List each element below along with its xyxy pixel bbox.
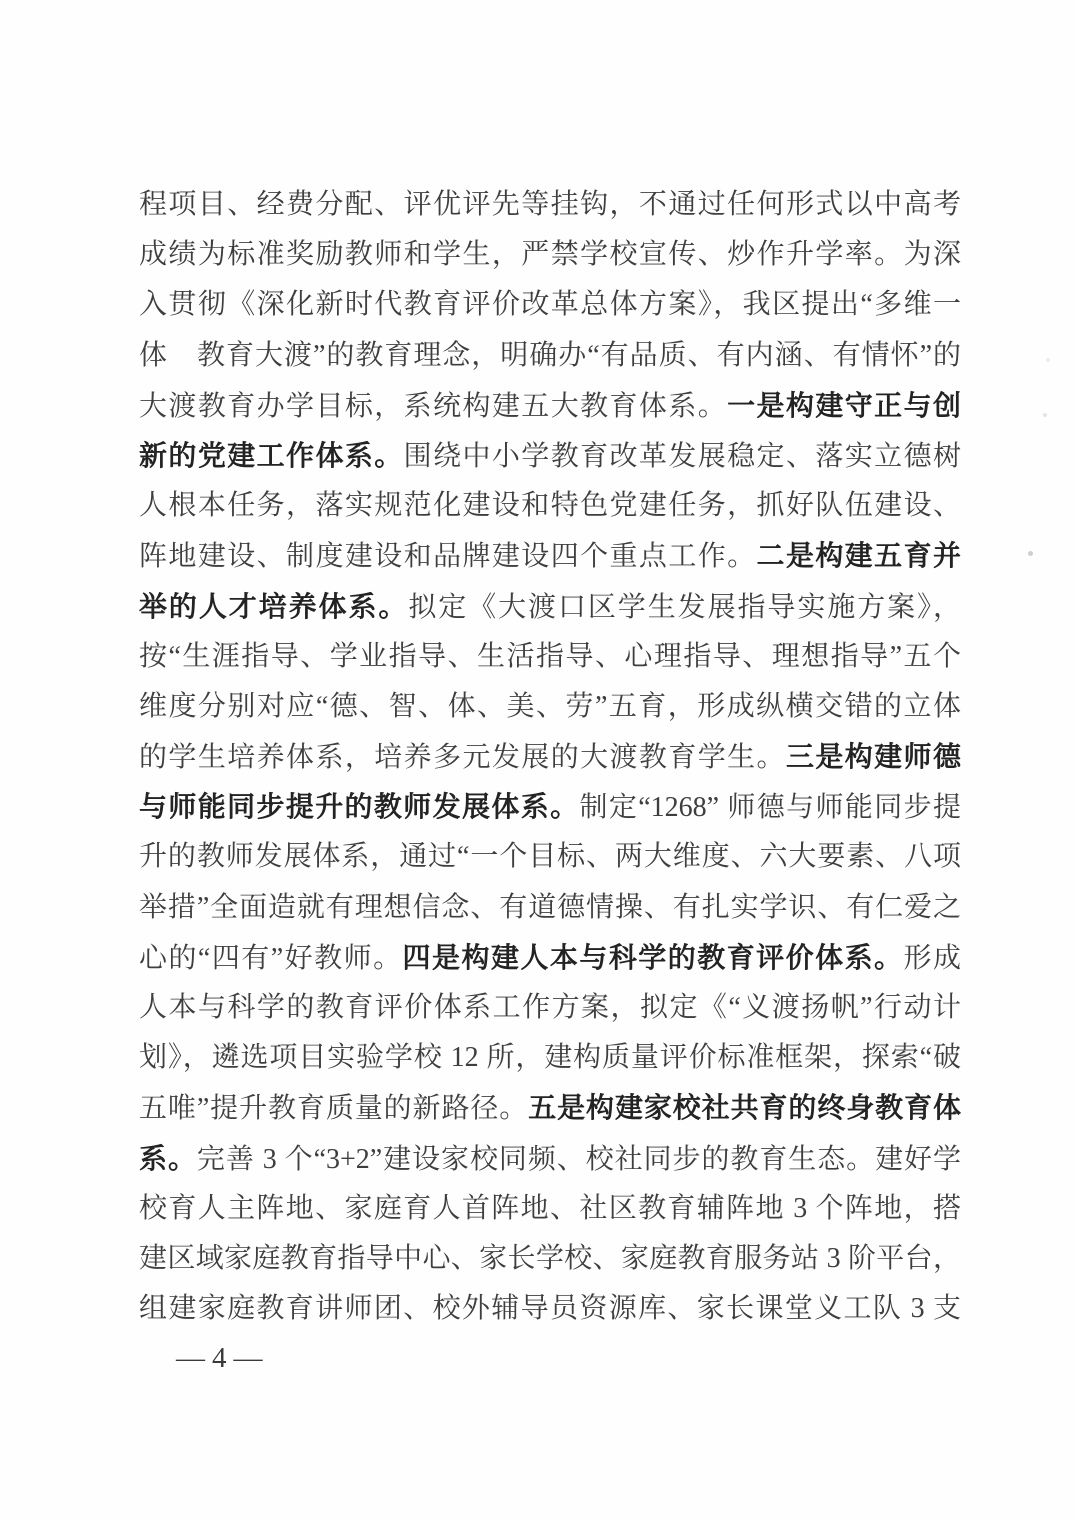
text-line: 成绩为标准奖励教师和学生，严禁学校宣传、炒作升学率。为深 — [139, 230, 961, 280]
page-number: —4— — [176, 1338, 270, 1378]
document-page: 程项目、经费分配、评优评先等挂钩，不通过任何形式以中高考成绩为标准奖励教师和学生… — [0, 0, 1075, 1520]
bold-heading-segment: 与师能同步提升的教师发展体系。 — [139, 791, 579, 822]
text-segment: 维度分别对应“德、智、体、美、劳”五育，形成纵横交错的立体 — [139, 691, 961, 722]
text-segment: 按“生涯指导、学业指导、生活指导、心理指导、理想指导”五个 — [139, 641, 961, 672]
text-segment: 建区域家庭教育指导中心、家长学校、家庭教育服务站 3 阶平台， — [139, 1243, 961, 1274]
text-segment: 拟定《大渡口区学生发展指导实施方案》， — [408, 592, 961, 623]
text-segment: 人根本任务，落实规范化建设和特色党建任务，抓好队伍建设、 — [139, 490, 961, 521]
text-segment: 大渡教育办学目标，系统构建五大教育体系。 — [139, 391, 727, 422]
text-segment: 程项目、经费分配、评优评先等挂钩，不通过任何形式以中高考 — [139, 189, 961, 220]
text-line: 升的教师发展体系，通过“一个目标、两大维度、六大要素、八项 — [139, 832, 961, 882]
text-line: 体 教育大渡”的教育理念，明确办“有品质、有内涵、有情怀”的 — [139, 331, 961, 381]
text-segment: 的学生培养体系，培养多元发展的大渡教育学生。 — [139, 742, 786, 773]
text-segment: 心的“四有”好教师。 — [139, 943, 403, 974]
text-segment: 人本与科学的教育评价体系工作方案，拟定《“义渡扬帆”行动计 — [139, 992, 961, 1023]
text-line: 举措”全面造就有理想信念、有道德情操、有扎实学识、有仁爱之 — [139, 883, 961, 933]
text-segment: 阵地建设、制度建设和品牌建设四个重点工作。 — [139, 541, 757, 572]
bold-heading-segment: 三是构建师德 — [786, 741, 961, 772]
bold-heading-segment: 五是构建家校社共育的终身教育体 — [528, 1092, 961, 1123]
text-line: 人本与科学的教育评价体系工作方案，拟定《“义渡扬帆”行动计 — [139, 983, 961, 1033]
document-body: 程项目、经费分配、评优评先等挂钩，不通过任何形式以中高考成绩为标准奖励教师和学生… — [139, 180, 961, 1334]
text-line: 入贯彻《深化新时代教育评价改革总体方案》，我区提出“多维一 — [139, 280, 961, 330]
scan-artifact — [1046, 358, 1050, 362]
text-segment: 划》，遴选项目实验学校 12 所，建构质量评价标准框架，探索“破 — [139, 1042, 961, 1073]
text-line: 组建家庭教育讲师团、校外辅导员资源库、家长课堂义工队 3 支 — [139, 1284, 961, 1334]
scan-artifact — [1043, 413, 1047, 417]
text-line: 系。完善 3 个“3+2”建设家校同频、校社同步的教育生态。建好学 — [139, 1134, 961, 1184]
text-segment: 入贯彻《深化新时代教育评价改革总体方案》，我区提出“多维一 — [139, 289, 961, 320]
text-segment: 围绕中小学教育改革发展稳定、落实立德树 — [404, 441, 961, 472]
text-segment: 制定“1268” 师德与师能同步提 — [579, 792, 961, 823]
text-segment: 成绩为标准奖励教师和学生，严禁学校宣传、炒作升学率。为深 — [139, 239, 961, 270]
text-line: 维度分别对应“德、智、体、美、劳”五育，形成纵横交错的立体 — [139, 682, 961, 732]
text-line: 划》，遴选项目实验学校 12 所，建构质量评价标准框架，探索“破 — [139, 1033, 961, 1083]
text-line: 新的党建工作体系。围绕中小学教育改革发展稳定、落实立德树 — [139, 431, 961, 481]
text-segment: 举措”全面造就有理想信念、有道德情操、有扎实学识、有仁爱之 — [139, 892, 961, 923]
text-line: 大渡教育办学目标，系统构建五大教育体系。一是构建守正与创 — [139, 381, 961, 431]
text-segment: 校育人主阵地、家庭育人首阵地、社区教育辅阵地 3 个阵地，搭 — [139, 1193, 961, 1224]
text-line: 阵地建设、制度建设和品牌建设四个重点工作。二是构建五育并 — [139, 531, 961, 581]
text-segment: 体 教育大渡”的教育理念，明确办“有品质、有内涵、有情怀”的 — [139, 340, 961, 371]
text-line: 人根本任务，落实规范化建设和特色党建任务，抓好队伍建设、 — [139, 481, 961, 531]
text-line: 与师能同步提升的教师发展体系。制定“1268” 师德与师能同步提 — [139, 782, 961, 832]
bold-heading-segment: 举的人才培养体系。 — [139, 591, 408, 622]
scan-artifact — [1028, 551, 1033, 556]
text-segment: 形成 — [904, 943, 961, 974]
bold-heading-segment: 一是构建守正与创 — [727, 390, 961, 421]
text-line: 程项目、经费分配、评优评先等挂钩，不通过任何形式以中高考 — [139, 180, 961, 230]
text-line: 心的“四有”好教师。四是构建人本与科学的教育评价体系。形成 — [139, 933, 961, 983]
text-line: 按“生涯指导、学业指导、生活指导、心理指导、理想指导”五个 — [139, 632, 961, 682]
bold-heading-segment: 系。 — [139, 1143, 197, 1174]
text-segment: 完善 3 个“3+2”建设家校同频、校社同步的教育生态。建好学 — [197, 1144, 961, 1175]
text-segment: 升的教师发展体系，通过“一个目标、两大维度、六大要素、八项 — [139, 841, 961, 872]
text-segment: 五唯”提升教育质量的新路径。 — [139, 1093, 528, 1124]
bold-heading-segment: 新的党建工作体系。 — [139, 440, 404, 471]
bold-heading-segment: 二是构建五育并 — [757, 540, 961, 571]
text-line: 五唯”提升教育质量的新路径。五是构建家校社共育的终身教育体 — [139, 1083, 961, 1133]
text-line: 举的人才培养体系。拟定《大渡口区学生发展指导实施方案》， — [139, 582, 961, 632]
text-line: 校育人主阵地、家庭育人首阵地、社区教育辅阵地 3 个阵地，搭 — [139, 1184, 961, 1234]
text-line: 建区域家庭教育指导中心、家长学校、家庭教育服务站 3 阶平台， — [139, 1234, 961, 1284]
text-line: 的学生培养体系，培养多元发展的大渡教育学生。三是构建师德 — [139, 732, 961, 782]
text-segment: 组建家庭教育讲师团、校外辅导员资源库、家长课堂义工队 3 支 — [139, 1293, 961, 1324]
bold-heading-segment: 四是构建人本与科学的教育评价体系。 — [403, 942, 904, 973]
